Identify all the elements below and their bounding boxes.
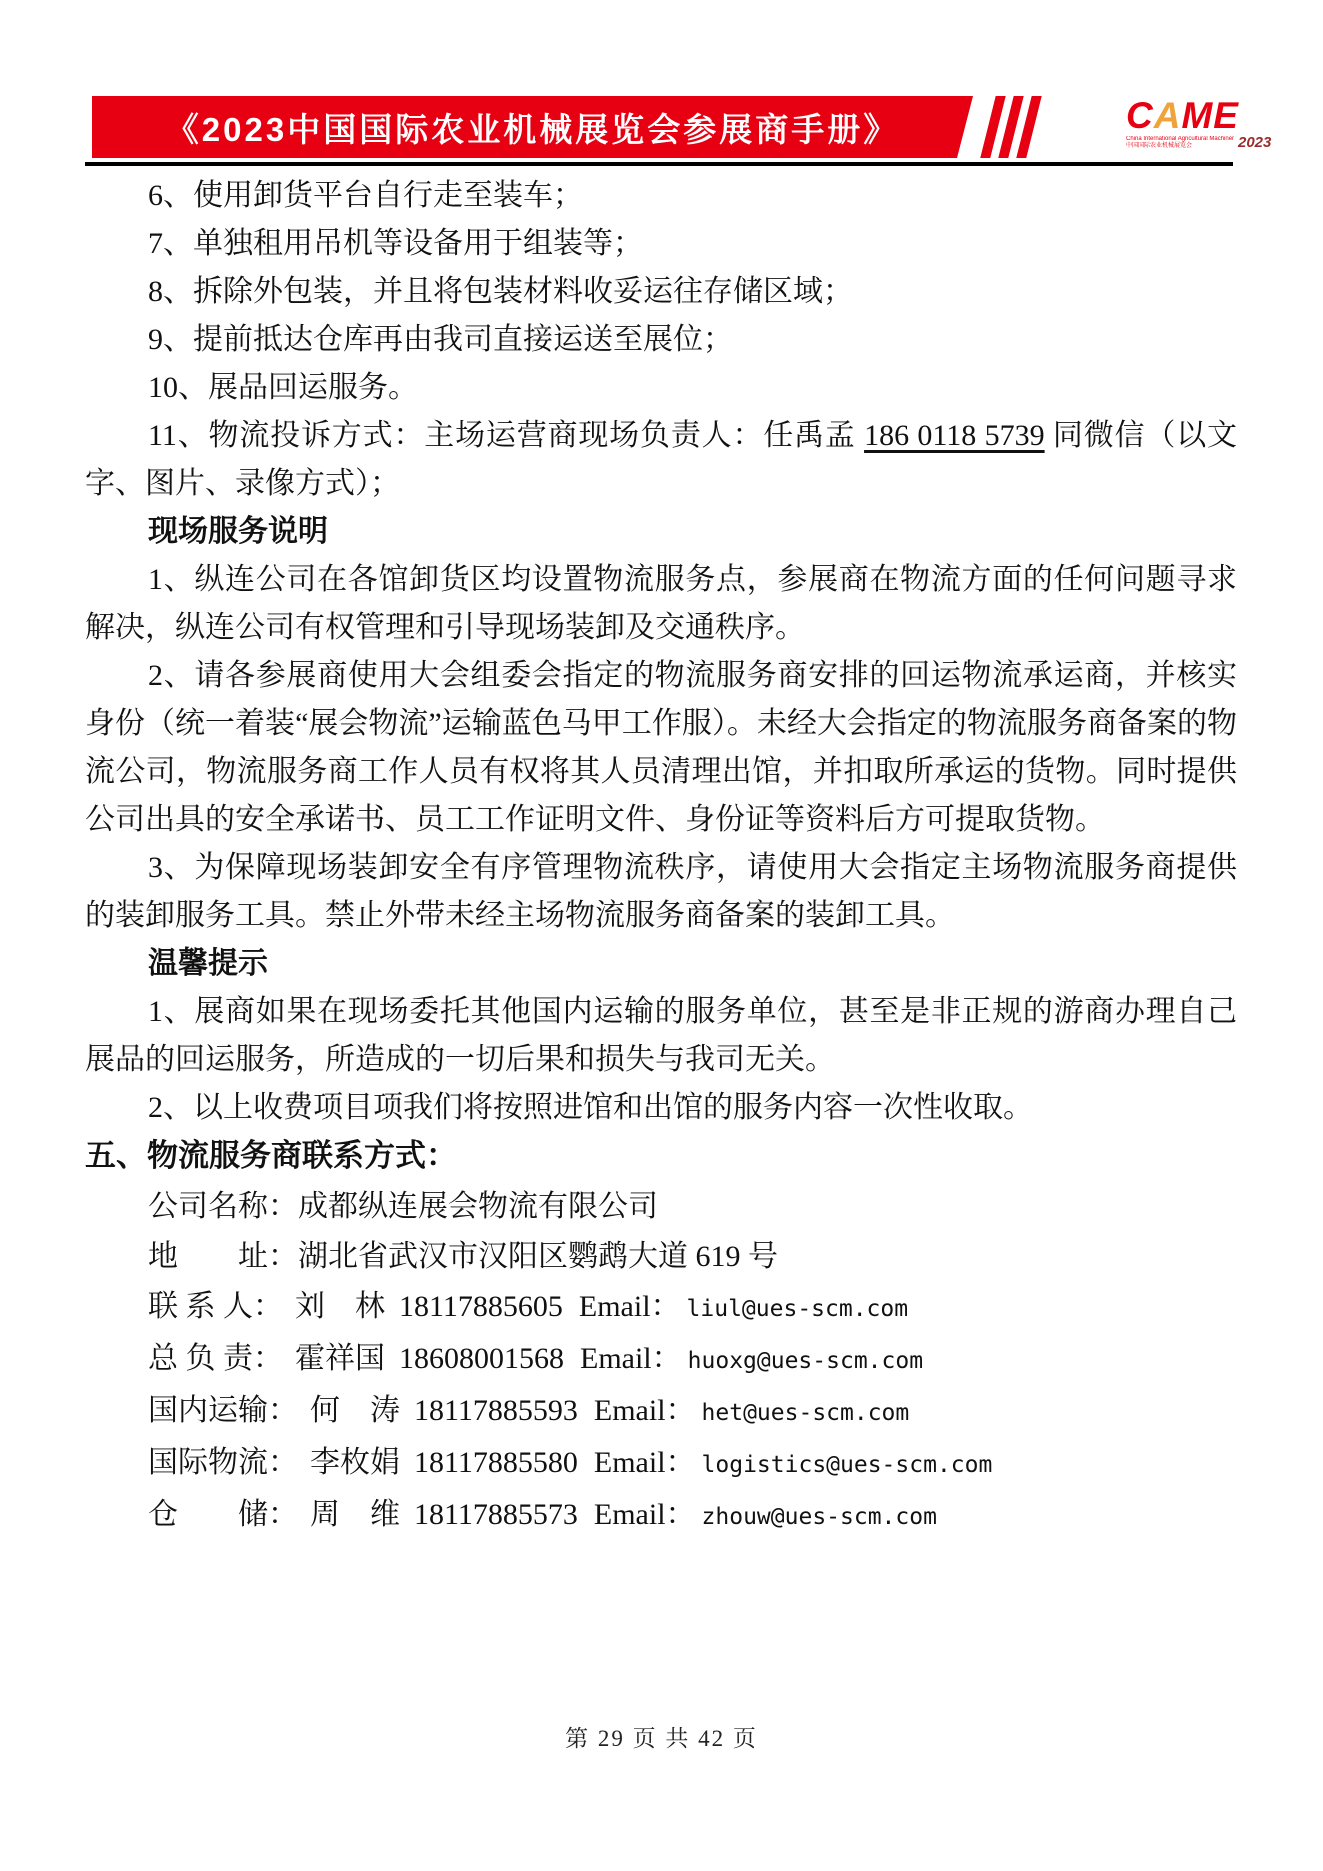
contact-value: 湖北省武汉市汉阳区鹦鹉大道 619 号: [298, 1240, 778, 1273]
contact-label: 国际物流：: [148, 1446, 298, 1479]
contact-row-address: 地 址：湖北省武汉市汉阳区鹦鹉大道 619 号: [85, 1232, 1237, 1282]
came-logo-year: 2023: [1238, 135, 1271, 150]
contact-email: zhouw@ues-scm.com: [702, 1504, 937, 1530]
onsite-item: 3、为保障现场装卸安全有序管理物流秩序，请使用大会指定主场物流服务商提供的装卸服…: [85, 844, 1237, 940]
document-page: 《2023中国国际农业机械展览会参展商手册》 CAME China Intern…: [0, 0, 1323, 1871]
came-logo-letter-a: A: [1154, 95, 1182, 136]
came-logo-tagline: China International Agricultural Machine…: [1126, 136, 1234, 150]
section-heading-logistics-contacts: 五、物流服务商联系方式：: [85, 1132, 1237, 1180]
list-item: 9、提前抵达仓库再由我司直接运送至展位；: [85, 316, 1237, 364]
contact-label: 国内运输：: [148, 1394, 298, 1427]
list-item: 8、拆除外包装，并且将包装材料收妥运往存储区域；: [85, 268, 1237, 316]
contact-phone: 18117885593: [414, 1394, 578, 1427]
onsite-service-heading: 现场服务说明: [85, 508, 1237, 556]
contact-value: 成都纵连展会物流有限公司: [298, 1190, 658, 1223]
onsite-item: 2、请各参展商使用大会组委会指定的物流服务商安排的回运物流承运商，并核实身份（统…: [85, 652, 1237, 844]
contact-list: 公司名称：成都纵连展会物流有限公司 地 址：湖北省武汉市汉阳区鹦鹉大道 619 …: [85, 1182, 1237, 1542]
came-logo-tagline-en: China International Agricultural Machine…: [1126, 136, 1234, 143]
tips-item: 1、展商如果在现场委托其他国内运输的服务单位，甚至是非正规的游商办理自己展品的回…: [85, 988, 1237, 1084]
complaint-phone-number: 186 0118 5739: [864, 419, 1045, 452]
contact-row-person: 国内运输：何 涛18117885593Email：het@ues-scm.com: [85, 1386, 1237, 1438]
email-label: Email：: [579, 1290, 681, 1323]
contact-row-person: 联 系 人：刘 林18117885605Email：liul@ues-scm.c…: [85, 1282, 1237, 1334]
contact-row-person: 国际物流：李枚娟18117885580Email：logistics@ues-s…: [85, 1438, 1237, 1490]
contact-row-person: 总 负 责：霍祥国18608001568Email：huoxg@ues-scm.…: [85, 1334, 1237, 1386]
contact-email: huoxg@ues-scm.com: [688, 1348, 923, 1374]
contact-name: 李枚娟: [310, 1446, 400, 1479]
contact-email: liul@ues-scm.com: [687, 1296, 909, 1322]
contact-label: 仓 储：: [148, 1498, 298, 1531]
complaint-text-pre: 11、物流投诉方式：主场运营商现场负责人：任禹孟: [148, 419, 864, 452]
tips-item: 2、以上收费项目项我们将按照进馆和出馆的服务内容一次性收取。: [85, 1084, 1237, 1132]
complaint-paragraph: 11、物流投诉方式：主场运营商现场负责人：任禹孟 186 0118 5739 同…: [85, 412, 1237, 508]
list-item: 7、单独租用吊机等设备用于组装等；: [85, 220, 1237, 268]
list-item: 10、展品回运服务。: [85, 364, 1237, 412]
contact-name: 周 维: [310, 1498, 400, 1531]
came-logo-wordmark: CAME: [1126, 97, 1272, 135]
contact-phone: 18608001568: [399, 1342, 564, 1375]
page-title: 《2023中国国际农业机械展览会参展商手册》: [166, 104, 899, 151]
email-label: Email：: [594, 1498, 696, 1531]
email-label: Email：: [580, 1342, 682, 1375]
contact-phone: 18117885605: [399, 1290, 563, 1323]
tips-heading: 温馨提示: [85, 940, 1237, 988]
page-body: 6、使用卸货平台自行走至装车； 7、单独租用吊机等设备用于组装等； 8、拆除外包…: [85, 172, 1237, 1542]
contact-row-company: 公司名称：成都纵连展会物流有限公司: [85, 1182, 1237, 1232]
contact-email: logistics@ues-scm.com: [702, 1452, 993, 1478]
header-banner: 《2023中国国际农业机械展览会参展商手册》: [92, 96, 973, 158]
contact-email: het@ues-scm.com: [702, 1400, 910, 1426]
header-divider: [85, 162, 1233, 166]
came-logo-tagline-cn: 中国国际农业机械展览会: [1126, 143, 1234, 150]
contact-phone: 18117885580: [414, 1446, 578, 1479]
contact-label: 总 负 责：: [148, 1342, 283, 1375]
contact-name: 霍祥国: [295, 1342, 385, 1375]
email-label: Email：: [594, 1394, 696, 1427]
contact-label: 公司名称：: [148, 1190, 298, 1223]
onsite-item: 1、纵连公司在各馆卸货区均设置物流服务点，参展商在物流方面的任何问题寻求解决，纵…: [85, 556, 1237, 652]
list-item: 6、使用卸货平台自行走至装车；: [85, 172, 1237, 220]
contact-phone: 18117885573: [414, 1498, 578, 1531]
contact-label: 地 址：: [148, 1240, 298, 1273]
contact-name: 刘 林: [295, 1290, 385, 1323]
contact-row-person: 仓 储：周 维18117885573Email：zhouw@ues-scm.co…: [85, 1490, 1237, 1542]
contact-name: 何 涛: [310, 1394, 400, 1427]
came-logo: CAME China International Agricultural Ma…: [1126, 97, 1272, 159]
email-label: Email：: [594, 1446, 696, 1479]
contact-label: 联 系 人：: [148, 1290, 283, 1323]
page-number: 第 29 页 共 42 页: [0, 1720, 1323, 1753]
